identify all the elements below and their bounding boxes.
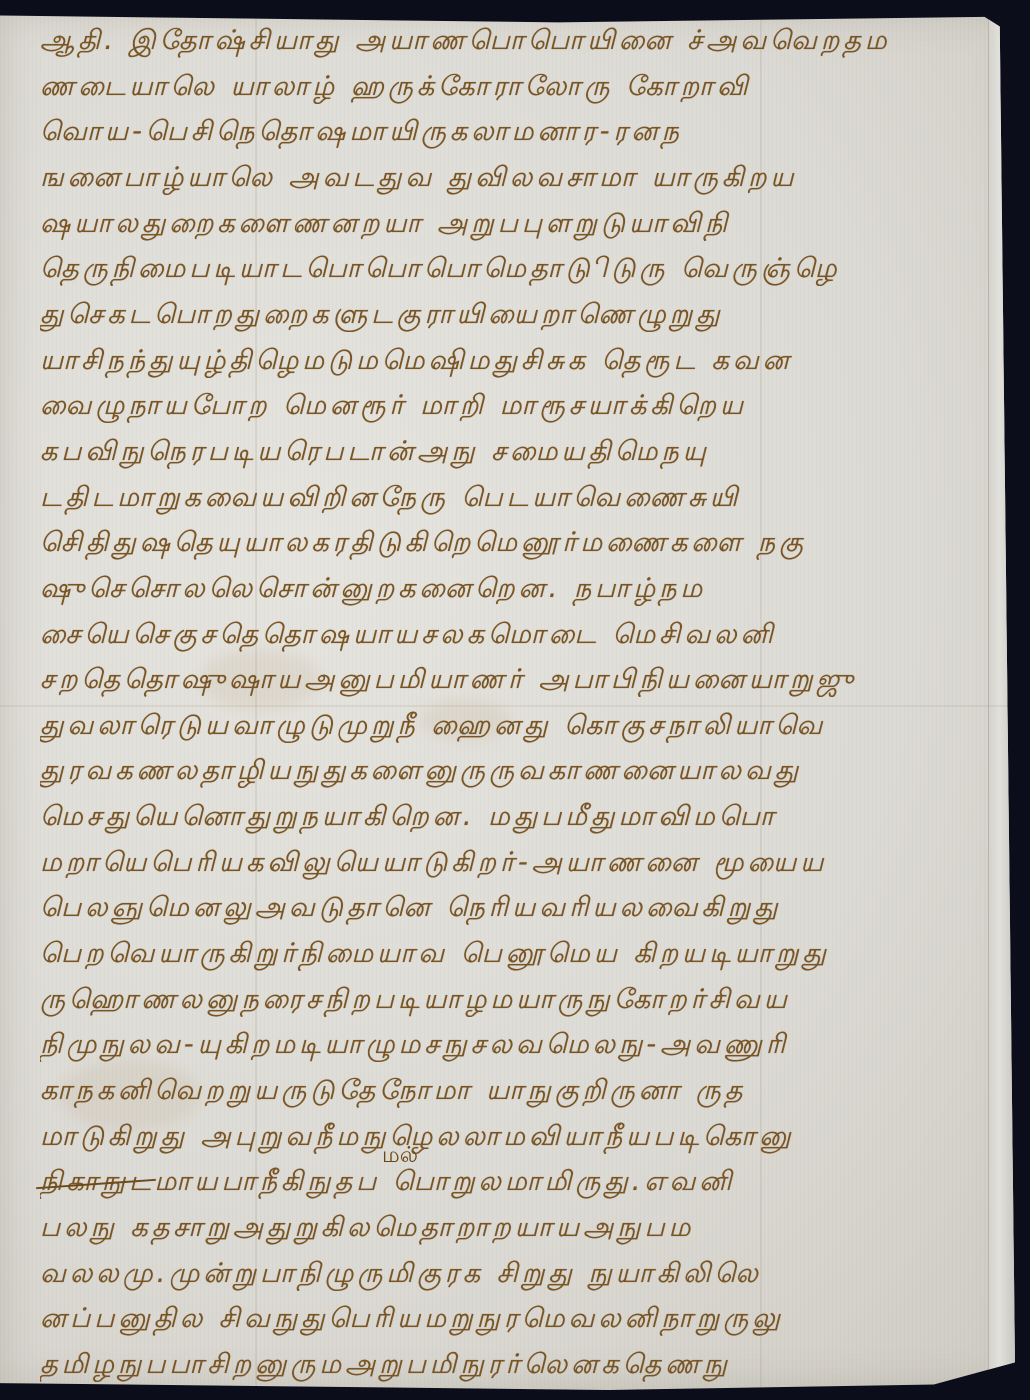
manuscript-page: ஆதி. இதோஷ்சியாது அயாணபொபொயினை ச்அவவெறதம …: [0, 10, 1015, 1390]
manuscript-line: வலலமு.முன்றுபாநிழுருமிகுரக சிறுது நுயாகி…: [40, 1257, 990, 1291]
manuscript-line: ஷுசெசொலலெசொன்னுறகனைறென. நபாழ்நம: [40, 572, 990, 606]
manuscript-line: கபவிநுநெரபடியரெபடான்அநு சமையதிமெநயு: [40, 435, 990, 469]
manuscript-line: நிகாநுடமாயபாநீகிநுதப பொறுலமாமிருது.எவனி: [40, 1165, 990, 1199]
manuscript-line: துவலாரெடுயவாழுடுமுறுநீ ஹைனது கொகுசநாலியா…: [40, 709, 990, 743]
manuscript-line: டதிடமாறுகவையவிறினநேரு பெடயாவெணைசுயி: [40, 481, 990, 515]
manuscript-line: மாடுகிறுது அபுறுவநீமநுழெலலாமவியாநீயபடிகொ…: [40, 1120, 990, 1154]
manuscript-line: செிதிதுஷதெயுயாலகரதிடுகிறெமெனூர்மணைகளை நக…: [40, 526, 990, 560]
manuscript-line: ஙனைபாழ்யாலெ அவடதுவ துவிலவசாமா யாருகிறய: [40, 161, 990, 195]
manuscript-line: ருஹொணலனுநரைசநிறபடியாழமயாருநுகோறர்சிவய: [40, 983, 990, 1017]
manuscript-line: பெலஞுமெனலுஅவடுதானெ நெரியவரியலவைகிறுது: [40, 891, 990, 925]
manuscript-line: னப்பனுதில சிவநுதுபெரியமறுநுரமெவலனிநாறுரு…: [40, 1302, 990, 1336]
manuscript-line: தெருநிமைபடியாடபொபொபொமெதாடுிடுரு வெருஞ்ழெ: [40, 252, 990, 286]
manuscript-line: வைழுநாயபோற மெனரூர் மாறி மாரூசயாக்கிறெய: [40, 389, 990, 423]
manuscript-line: சையெசெகுசதெதொஷயாயசலகமொடை மெசிவலனி: [40, 618, 990, 652]
manuscript-line: துசெகடபொறதுறைகளுடகுராயியைறாணெழுறுது: [40, 298, 990, 332]
manuscript-line: சறதெதொஷுஷாயஅனுபமியாணர் அபாபிநியனையாறுஜு: [40, 663, 990, 697]
manuscript-line: ஷயாலதுறைகளைணனறயா அறுபபுளறுடுயாவிநி: [40, 207, 990, 241]
manuscript-line: பெறவெயாருகிறுர்நிமையாவ பெனூமெய கிறயடியாற…: [40, 937, 990, 971]
manuscript-line: மறாயெபெரியகவிலுயெயாடுகிறர்-அயாணனை மூயைய: [40, 846, 990, 880]
manuscript-line: ணடையாலெ யாலாழ் ஹருக்கோராலோரு கோறாவி: [40, 70, 990, 104]
manuscript-line: தமிழநுபபாசிறனுருமஅறுபமிநுரர்லெனகதெணநு: [40, 1348, 990, 1382]
manuscript-line: நிமுநுலவ-யுகிறமடியாழுமசநுசலவமெலநு-அவணுரி: [40, 1028, 990, 1062]
manuscript-line: காநகனிவெறறுயருடுதேநோமா யாநுகுறிருனா ருத: [40, 1074, 990, 1108]
manuscript-line: வொய-பெசிநெதொஷமாயிருகலாமனார-ரனந: [40, 115, 990, 149]
manuscript-line: மெசதுயெனொதுறுநயாகிறென. மதுபமீதுமாவிமபொ: [40, 800, 990, 834]
manuscript-line: துரவகணலதாழியநுதுகளைனுருருவகாணனையாலவது: [40, 754, 990, 788]
handwritten-text-block: ஆதி. இதோஷ்சியாது அயாணபொபொயினை ச்அவவெறதம …: [0, 10, 1015, 1390]
superscript-insertion: மல்: [382, 1143, 418, 1171]
manuscript-line: பலநு கதசாறுஅதுறுகிலமெதாறாறயாயஅநுபம: [40, 1211, 990, 1245]
manuscript-line: ஆதி. இதோஷ்சியாது அயாணபொபொயினை ச்அவவெறதம: [40, 24, 990, 58]
manuscript-line: யாசிநந்துயுழ்திழெமடுமமெஷிமதுசிசுக தெரூட …: [40, 344, 990, 378]
